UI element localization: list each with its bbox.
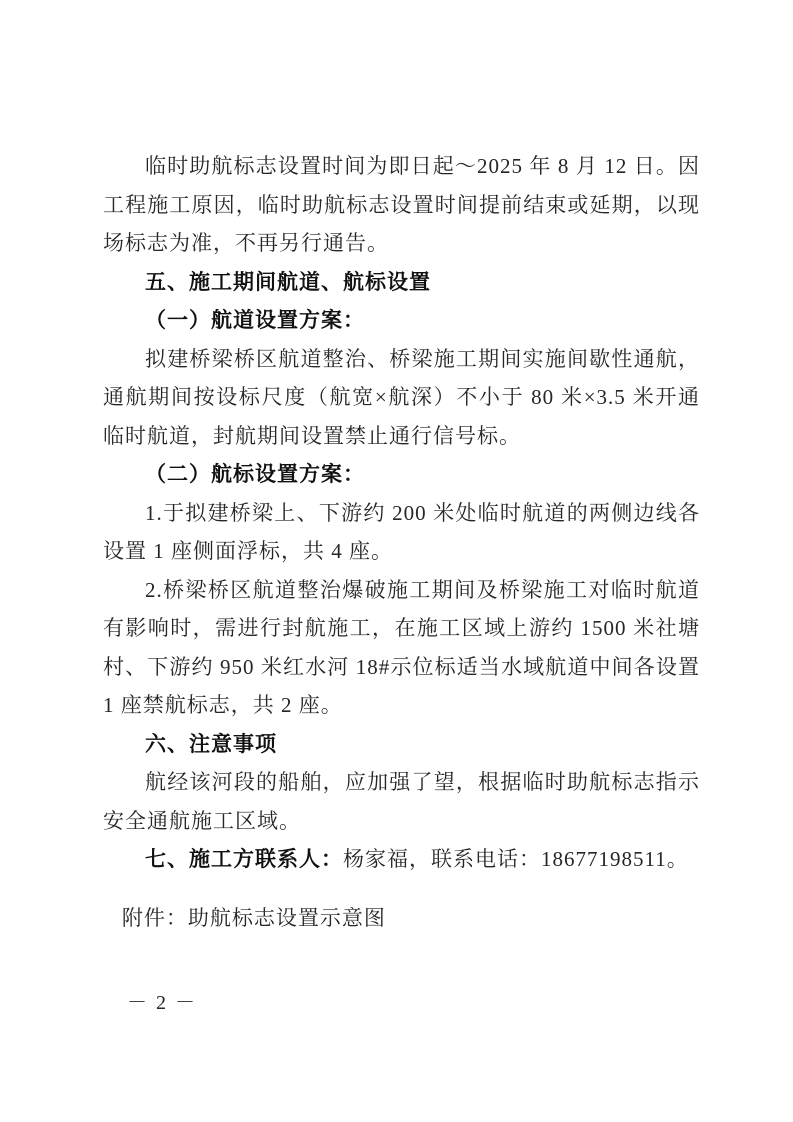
- subheading-channel-setup-plan: （一）航道设置方案：: [103, 301, 700, 340]
- document-body: 临时助航标志设置时间为即日起～2025 年 8 月 12 日。因工程施工原因，临…: [103, 147, 700, 937]
- page-number: － 2 －: [127, 986, 197, 1015]
- paragraph-contact: 七、施工方联系人：杨家福，联系电话：18677198511。: [103, 840, 700, 879]
- paragraph-beacon-item-2: 2.桥梁桥区航道整治爆破施工期间及桥梁施工对临时航道有影响时，需进行封航施工，在…: [103, 571, 700, 725]
- heading-section-5-channel-beacon-setup: 五、施工期间航道、航标设置: [103, 263, 700, 302]
- paragraph-validity-period: 临时助航标志设置时间为即日起～2025 年 8 月 12 日。因工程施工原因，临…: [103, 147, 700, 263]
- paragraph-beacon-item-1: 1.于拟建桥梁上、下游约 200 米处临时航道的两侧边线各设置 1 座侧面浮标，…: [103, 494, 700, 571]
- subheading-beacon-setup-plan: （二）航标设置方案：: [103, 455, 700, 494]
- heading-section-6-notes: 六、注意事项: [103, 725, 700, 764]
- paragraph-channel-setup-plan: 拟建桥梁桥区航道整治、桥梁施工期间实施间歇性通航，通航期间按设标尺度（航宽×航深…: [103, 340, 700, 456]
- attachment-line: 附件：助航标志设置示意图: [103, 899, 700, 938]
- contact-value: 杨家福，联系电话：18677198511。: [343, 847, 689, 871]
- paragraph-navigation-notice: 航经该河段的船舶，应加强了望，根据临时助航标志指示安全通航施工区域。: [103, 763, 700, 840]
- document-page: 临时助航标志设置时间为即日起～2025 年 8 月 12 日。因工程施工原因，临…: [0, 0, 793, 1122]
- contact-label: 七、施工方联系人：: [145, 847, 343, 871]
